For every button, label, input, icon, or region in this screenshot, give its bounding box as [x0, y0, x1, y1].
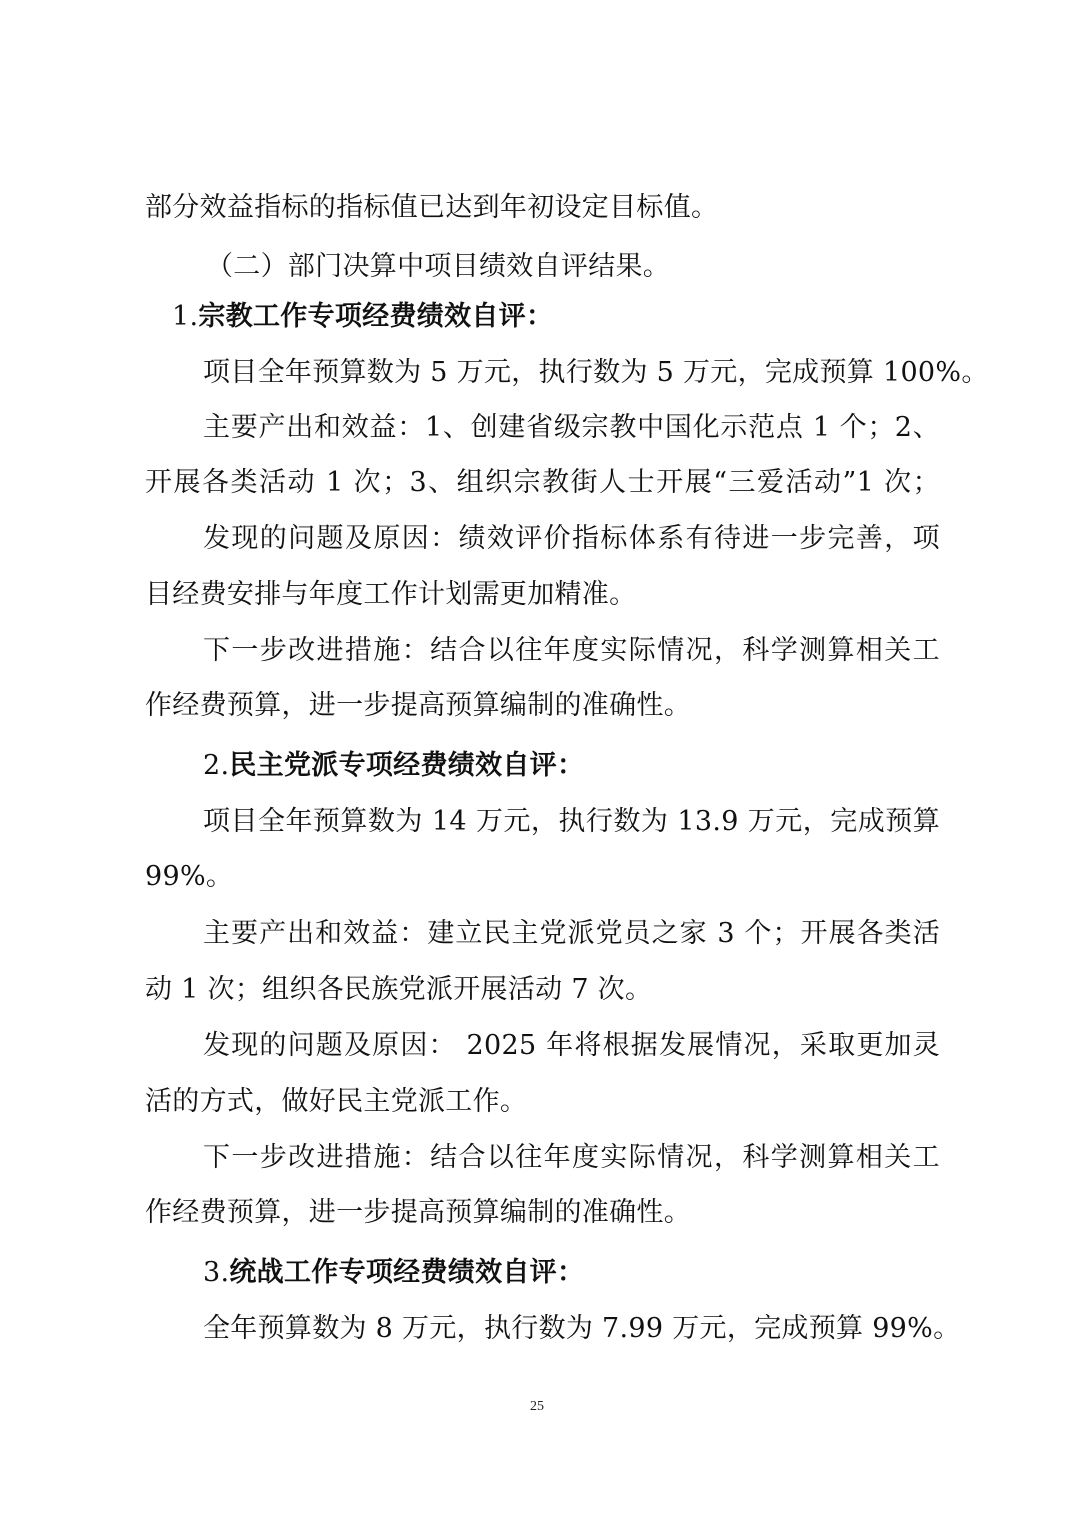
item-number: 1.: [172, 301, 198, 332]
paragraph-line: 项目全年预算数为 5 万元，执行数为 5 万元，完成预算 100%。: [203, 356, 940, 390]
document-page: 部分效益指标的指标值已达到年初设定目标值。 （二）部门决算中项目绩效自评结果。 …: [0, 0, 1074, 1520]
paragraph-line: 开展各类活动 1 次；3、组织宗教街人士开展“三爱活动”1 次；: [145, 466, 940, 500]
item-title: 民主党派专项经费绩效自评：: [229, 750, 584, 781]
paragraph-line: 目经费安排与年度工作计划需更加精准。: [145, 578, 945, 612]
section-heading-2: （二）部门决算中项目绩效自评结果。: [206, 250, 1006, 284]
paragraph-line: 下一步改进措施：结合以往年度实际情况，科学测算相关工: [203, 634, 940, 668]
paragraph-line: 作经费预算，进一步提高预算编制的准确性。: [145, 1196, 945, 1230]
paragraph-line: 部分效益指标的指标值已达到年初设定目标值。: [145, 191, 945, 225]
paragraph-line: 发现的问题及原因： 2025 年将根据发展情况，采取更加灵: [203, 1029, 940, 1063]
item-heading-1: 1.宗教工作专项经费绩效自评：: [172, 300, 972, 334]
paragraph-line: 主要产出和效益：建立民主党派党员之家 3 个；开展各类活: [203, 917, 940, 951]
paragraph-line: 99%。: [145, 860, 945, 894]
item-title: 统战工作专项经费绩效自评：: [229, 1257, 584, 1288]
paragraph-line: 活的方式，做好民主党派工作。: [145, 1085, 945, 1119]
paragraph-line: 全年预算数为 8 万元，执行数为 7.99 万元，完成预算 99%。: [203, 1312, 940, 1346]
item-heading-3: 3.统战工作专项经费绩效自评：: [203, 1256, 1003, 1290]
paragraph-line: 发现的问题及原因：绩效评价指标体系有待进一步完善，项: [203, 522, 940, 556]
item-number: 2.: [203, 750, 229, 781]
paragraph-line: 项目全年预算数为 14 万元，执行数为 13.9 万元，完成预算: [203, 805, 940, 839]
paragraph-line: 下一步改进措施：结合以往年度实际情况，科学测算相关工: [203, 1141, 940, 1175]
paragraph-line: 主要产出和效益：1、创建省级宗教中国化示范点 1 个；2、: [203, 411, 940, 445]
paragraph-line: 作经费预算，进一步提高预算编制的准确性。: [145, 689, 945, 723]
page-number: 25: [0, 1398, 1074, 1416]
item-title: 宗教工作专项经费绩效自评：: [198, 301, 553, 332]
item-number: 3.: [203, 1257, 229, 1288]
paragraph-line: 动 1 次；组织各民族党派开展活动 7 次。: [145, 973, 945, 1007]
item-heading-2: 2.民主党派专项经费绩效自评：: [203, 749, 1003, 783]
